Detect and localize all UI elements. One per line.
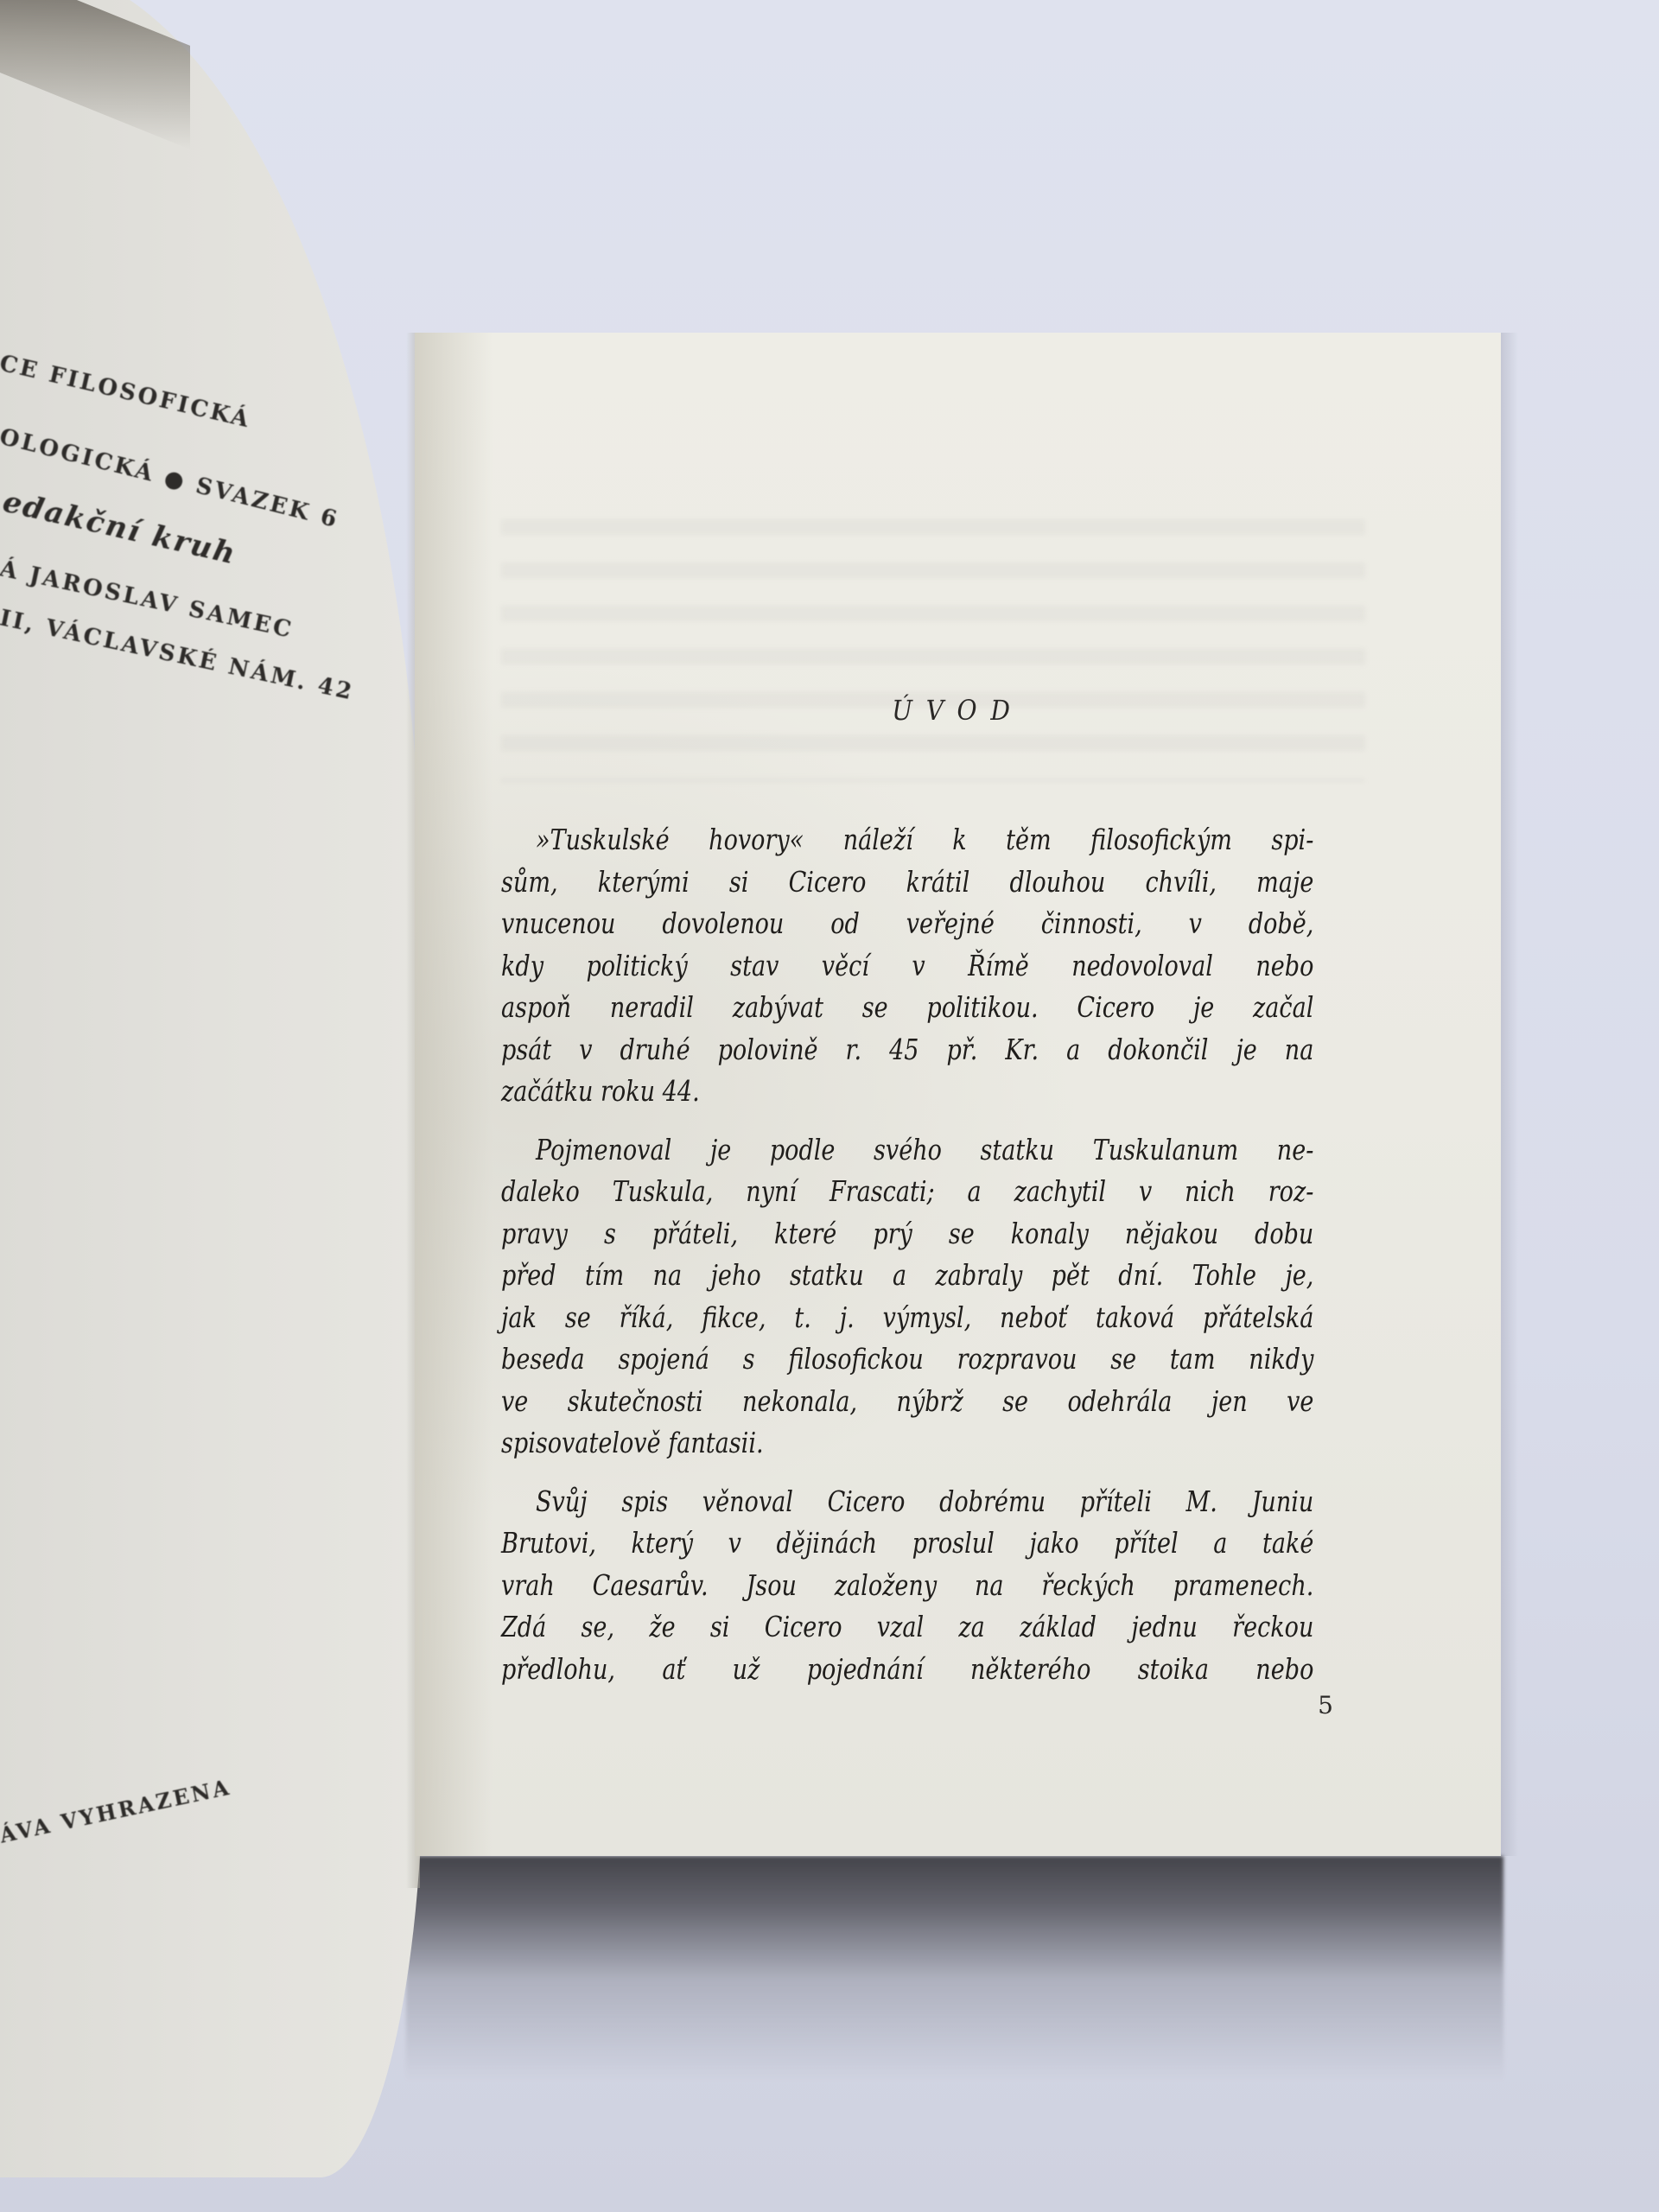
- paragraph-1: »Tuskulské hovory« náleží k těm filosofi…: [501, 819, 1313, 1113]
- paragraph-2: Pojmenoval je podle svého statku Tuskula…: [501, 1129, 1313, 1465]
- show-through-text: [501, 497, 1365, 782]
- imprint-line: CE FILOSOFICKÁ: [0, 350, 253, 433]
- body-text: »Tuskulské hovory« náleží k těm filosofi…: [501, 819, 1313, 1707]
- gutter-shade: [415, 333, 493, 1856]
- text-line: aspoň neradil zabývat se politikou. Cice…: [501, 987, 1313, 1029]
- page-curl-shadow: [0, 0, 190, 149]
- text-line: vrah Caesarův. Jsou založeny na řeckých …: [501, 1565, 1313, 1607]
- text-line: ve skutečnosti nekonala, nýbrž se odehrá…: [501, 1381, 1313, 1423]
- text-line: Zdá se, že si Cicero vzal za základ jedn…: [501, 1606, 1313, 1649]
- text-line: před tím na jeho statku a zabraly pět dn…: [501, 1255, 1313, 1297]
- text-line: »Tuskulské hovory« náleží k těm filosofi…: [501, 819, 1313, 861]
- text-line: spisovatelově fantasii.: [501, 1422, 1313, 1465]
- text-line: sům, kterými si Cicero krátil dlouhou ch…: [501, 861, 1313, 904]
- chapter-title: ÚVOD: [480, 694, 1435, 727]
- text-line: předlohu, ať už pojednání některého stoi…: [501, 1649, 1313, 1691]
- text-line: beseda spojená s filosofickou rozpravou …: [501, 1338, 1313, 1381]
- text-line: vnucenou dovolenou od veřejné činnosti, …: [501, 903, 1313, 945]
- text-line: kdy politický stav věcí v Římě nedovolov…: [501, 945, 1313, 988]
- text-line: daleko Tuskula, nyní Frascati; a zachyti…: [501, 1171, 1313, 1213]
- text-line: pravy s přáteli, které prý se konaly něj…: [501, 1213, 1313, 1255]
- page-edge-shadow: [1501, 333, 1518, 1856]
- text-line: Pojmenoval je podle svého statku Tuskula…: [501, 1129, 1313, 1172]
- text-line: Svůj spis věnoval Cicero dobrému příteli…: [501, 1481, 1313, 1523]
- book-shadow: [406, 1856, 1503, 2081]
- text-line: jak se říká, fikce, t. j. výmysl, neboť …: [501, 1297, 1313, 1339]
- text-line: Brutovi, který v dějinách proslul jako p…: [501, 1522, 1313, 1565]
- left-page: CE FILOSOFICKÁ OLOGICKÁ ● SVAZEK 6 edakč…: [0, 0, 423, 2177]
- imprint-line: II, VÁCLAVSKÉ NÁM. 42: [0, 605, 356, 705]
- text-line: psát v druhé polovině r. 45 př. Kr. a do…: [501, 1029, 1313, 1071]
- paragraph-3: Svůj spis věnoval Cicero dobrému příteli…: [501, 1481, 1313, 1691]
- rights-reserved-line: ÁVA VYHRAZENA: [0, 1775, 233, 1848]
- text-line: začátku roku 44.: [501, 1071, 1313, 1113]
- page-number: 5: [1299, 1691, 1333, 1719]
- right-page: ÚVOD »Tuskulské hovory« náleží k těm fil…: [415, 333, 1501, 1856]
